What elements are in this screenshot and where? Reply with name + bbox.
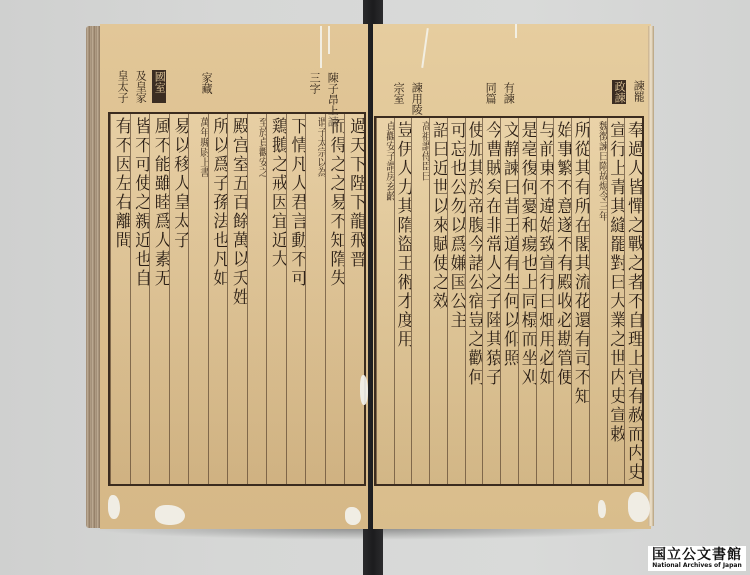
text-column: 始事繁不意遂不有殿收必勘管便 (553, 118, 571, 484)
paper-damage (108, 495, 120, 519)
text-column: 鶏鵝之戒因宜近大 (266, 114, 286, 484)
annotation-column: 萬年縣尉上書 (188, 114, 208, 484)
archive-watermark: 国立公文書館 National Archives of Japan (648, 546, 746, 571)
watermark-japanese: 国立公文書館 (652, 548, 742, 563)
annotation-column: 至於貞觀安之 (247, 114, 267, 484)
header-label-boxed: 政諫 (612, 80, 626, 104)
text-column: 豈伊人力其隋盜王術才度用 (394, 118, 412, 484)
text-column: 有不因左右離間 (110, 114, 130, 484)
annotation-column: 谓子太宗以為 (305, 114, 325, 484)
text-column: 殿宫室五百餘萬以夭姓 (227, 114, 247, 484)
paper-damage (360, 375, 368, 405)
text-column: 与前東不違始致宣行曰畑用必如 (536, 118, 554, 484)
annotation-column: 高祖謂侍臣曰 (411, 118, 429, 484)
paper-damage (155, 505, 185, 525)
paper-damage (345, 507, 361, 525)
right-header-labels-right: 政諫 諫罷 (612, 80, 644, 104)
right-page-edge (648, 26, 654, 526)
text-column: 奉過人皆憚之戰之者不自理上官有赦而内史不時 (624, 118, 642, 484)
header-label: 家藏 (200, 72, 212, 94)
paper-damage (598, 500, 606, 518)
text-column: 今曹賊矣在非常人之子陸其猿子 (482, 118, 500, 484)
watermark-english: National Archives of Japan (652, 563, 742, 569)
paper-crack (320, 26, 322, 68)
annotation-column: 魏徴諫曰隋故煬令三年 (589, 118, 607, 484)
text-column: 皆不可使之親近也自 (130, 114, 150, 484)
text-column: 而得之之易不知隋失 (325, 114, 345, 484)
text-column: 宣行上青其縫罷對曰大業之世内史宣敕 (607, 118, 625, 484)
paper-crack (328, 26, 330, 54)
text-column: 使加其於帝腹今諸公宿豈之歡何 (465, 118, 483, 484)
text-column: 所以爲子孫法也凡如 (208, 114, 228, 484)
right-header-labels-left: 宗室 諫用陵 (392, 82, 422, 115)
text-column: 詔曰近世以來賦使之效 (429, 118, 447, 484)
right-text-block: 奉過人皆憚之戰之者不自理上官有赦而内史不時 宣行上青其縫罷對曰大業之世内史宣敕 … (374, 116, 644, 486)
text-column: 可忘也公勿以爲嫌国公主 (447, 118, 465, 484)
text-column: 下情凡人君言動不可 (286, 114, 306, 484)
text-column: 所從其有所在閣其流花還有司不知 (571, 118, 589, 484)
header-label-boxed: 國室 (152, 70, 166, 103)
paper-crack (515, 24, 517, 38)
right-header-labels-center: 同篇 有諫 (484, 82, 514, 104)
header-label: 同篇 (484, 82, 496, 104)
text-column: 過天下陛下龍飛晋 (344, 114, 364, 484)
text-column: 風不能雖睦爲人素无 (149, 114, 169, 484)
text-column: 易以移人皇太子 (169, 114, 189, 484)
header-label: 諫罷 (632, 80, 644, 104)
paper-damage (628, 492, 650, 522)
left-text-block: 過天下陛下龍飛晋 而得之之易不知隋失 谓子太宗以為 下情凡人君言動不可 鶏鵝之戒… (108, 112, 366, 486)
header-label: 及皇家 (134, 70, 146, 103)
header-label: 皇太子 (116, 70, 128, 103)
header-label: 諫用陵 (410, 82, 422, 115)
text-column: 是亳復何憂和瘍也上同榻而坐刈 (518, 118, 536, 484)
header-label: 宗室 (392, 82, 404, 115)
left-header-center: 家藏 (200, 72, 212, 94)
annotation-column: 貞觀安子謂房玄齡 (376, 118, 394, 484)
header-label: 有諫 (502, 82, 514, 104)
left-header-labels: 皇太子 及皇家 國室 (116, 70, 166, 103)
text-column: 文静諫曰昔王道有生何以仰照 (500, 118, 518, 484)
